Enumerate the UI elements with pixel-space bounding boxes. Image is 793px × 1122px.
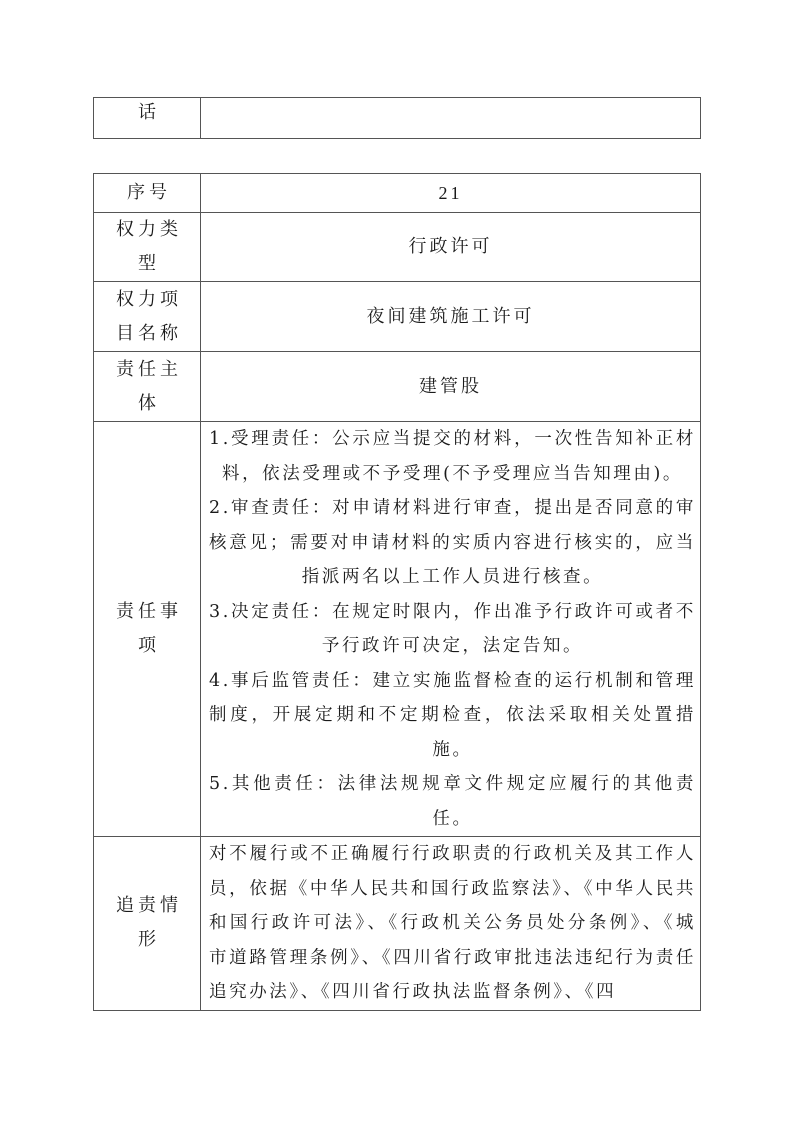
label-line: 权力项 — [100, 283, 198, 317]
power-type-value: 行政许可 — [201, 213, 701, 282]
table-row-power-type: 权力类 型 行政许可 — [94, 213, 701, 282]
table-row: 话 — [94, 98, 701, 139]
power-item-table: 序号 21 权力类 型 行政许可 权力项 目名称 夜间建筑施工许可 责任主 体 … — [93, 173, 701, 1011]
accountability-value: 对不履行或不正确履行行政职责的行政机关及其工作人员，依据《中华人民共和国行政监察… — [201, 837, 701, 1011]
responsibility-item: 3.决定责任：在规定时限内，作出准予行政许可或者不予行政许可决定，法定告知。 — [209, 595, 696, 664]
table-row-responsible-subject: 责任主 体 建管股 — [94, 352, 701, 422]
responsibility-item: 5.其他责任：法律法规规章文件规定应履行的其他责任。 — [209, 767, 696, 836]
serial-number-label: 序号 — [94, 174, 201, 213]
responsible-subject-value: 建管股 — [201, 352, 701, 422]
responsibility-item: 2.审查责任：对申请材料进行审查，提出是否同意的审核意见；需要对申请材料的实质内… — [209, 491, 696, 595]
power-type-label: 权力类 型 — [94, 213, 201, 282]
phone-value — [201, 98, 701, 139]
table-row-responsibility-items: 责任事 项 1.受理责任：公示应当提交的材料，一次性告知补正材料，依法受理或不予… — [94, 422, 701, 837]
contact-table-fragment: 话 — [93, 97, 701, 139]
power-item-name-value: 夜间建筑施工许可 — [201, 282, 701, 352]
label-line: 目名称 — [100, 317, 198, 351]
label-line: 责任事 — [100, 595, 198, 629]
phone-label: 话 — [94, 98, 201, 139]
accountability-label: 追责情 形 — [94, 837, 201, 1011]
label-line: 权力类 — [100, 213, 198, 247]
label-line: 体 — [100, 387, 198, 421]
label-line: 形 — [100, 923, 198, 957]
serial-number-value: 21 — [201, 174, 701, 213]
label-line: 项 — [100, 629, 198, 663]
label-line: 追责情 — [100, 889, 198, 923]
table-row-accountability: 追责情 形 对不履行或不正确履行行政职责的行政机关及其工作人员，依据《中华人民共… — [94, 837, 701, 1011]
responsibility-items-value: 1.受理责任：公示应当提交的材料，一次性告知补正材料，依法受理或不予受理(不予受… — [201, 422, 701, 837]
label-line: 责任主 — [100, 353, 198, 387]
responsibility-items-label: 责任事 项 — [94, 422, 201, 837]
table-row-serial: 序号 21 — [94, 174, 701, 213]
responsibility-item: 1.受理责任：公示应当提交的材料，一次性告知补正材料，依法受理或不予受理(不予受… — [209, 422, 696, 491]
power-item-name-label: 权力项 目名称 — [94, 282, 201, 352]
responsible-subject-label: 责任主 体 — [94, 352, 201, 422]
accountability-text: 对不履行或不正确履行行政职责的行政机关及其工作人员，依据《中华人民共和国行政监察… — [209, 837, 696, 1010]
label-line: 型 — [100, 247, 198, 281]
responsibility-item: 4.事后监管责任：建立实施监督检查的运行机制和管理制度，开展定期和不定期检查，依… — [209, 664, 696, 768]
table-row-power-item-name: 权力项 目名称 夜间建筑施工许可 — [94, 282, 701, 352]
